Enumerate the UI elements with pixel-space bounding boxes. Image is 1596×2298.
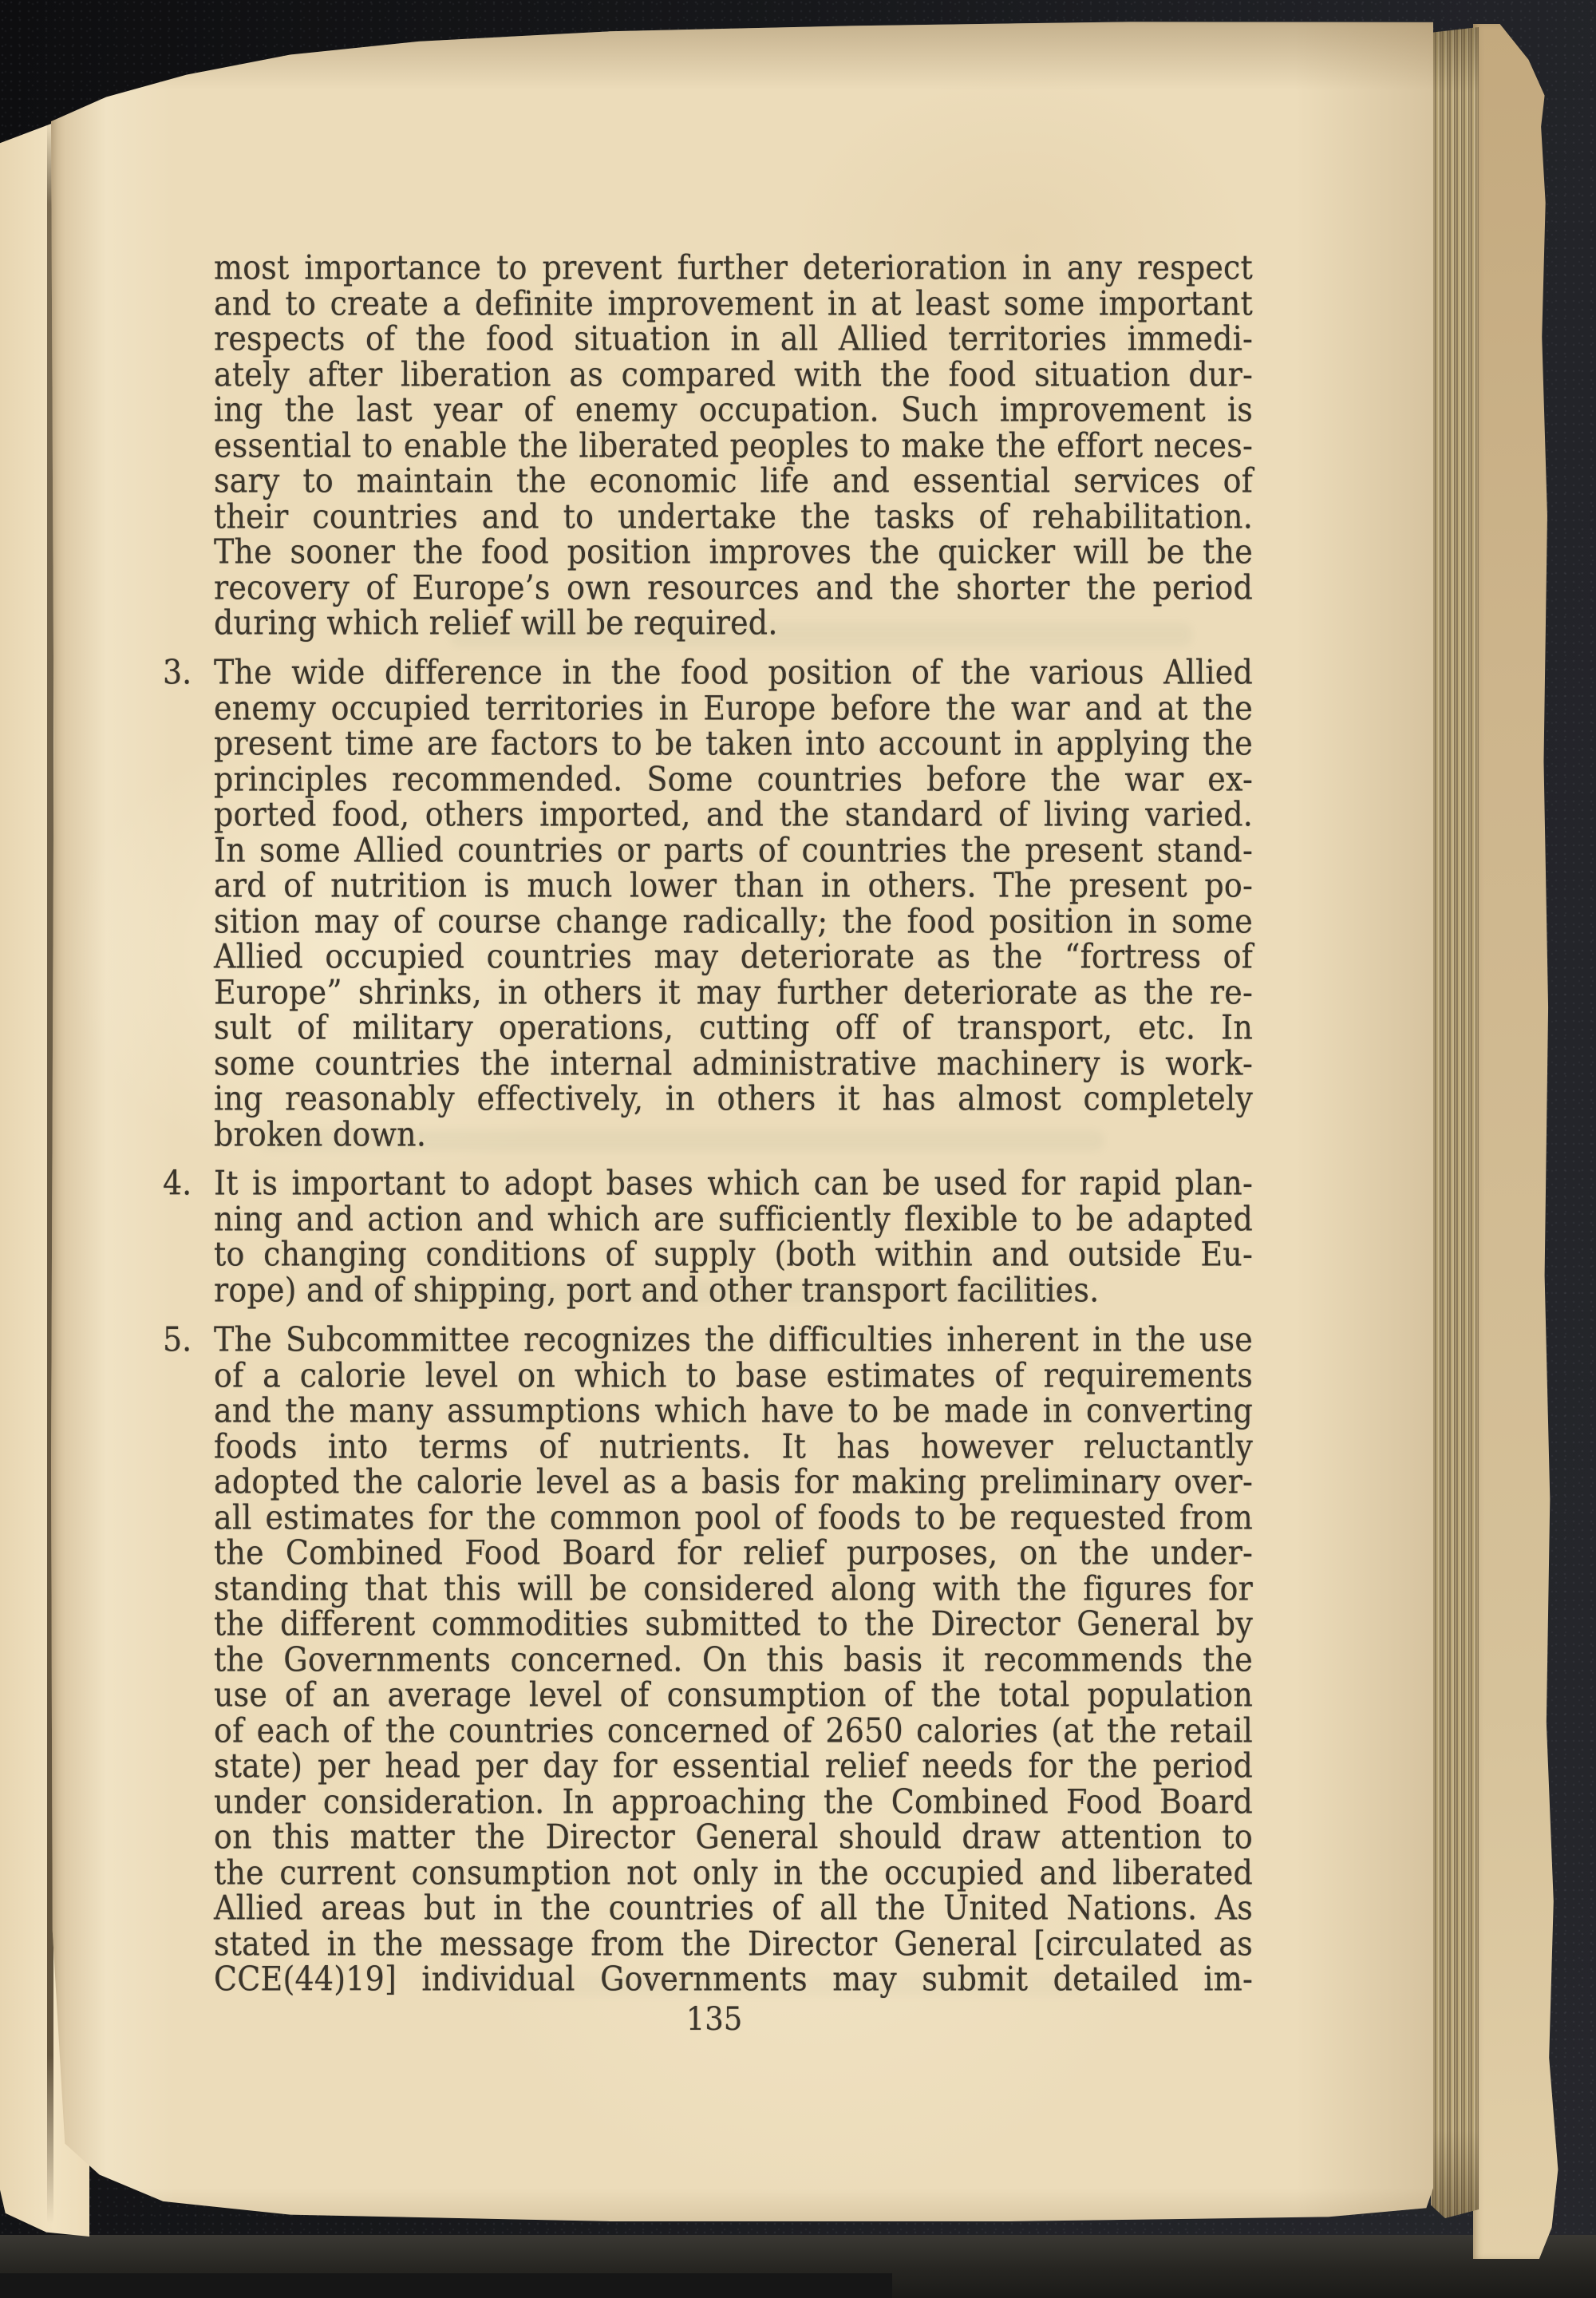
text-line: ing the last year of enemy occupation. S…: [214, 390, 1253, 429]
text-line: the Combined Food Board for relief purpo…: [214, 1533, 1253, 1572]
text-line: Allied areas but in the countries of all…: [214, 1889, 1253, 1928]
text-line: all estimates for the common pool of foo…: [214, 1498, 1253, 1537]
text-line: enemy occupied territories in Europe bef…: [214, 689, 1253, 728]
text-line: adopted the calorie level as a basis for…: [214, 1462, 1253, 1501]
text-line: broken down.: [214, 1115, 1253, 1154]
text-line: The sooner the food position improves th…: [214, 532, 1253, 572]
text-line: the Governments concerned. On this basis…: [214, 1640, 1253, 1679]
text-line: respects of the food situation in all Al…: [214, 319, 1253, 358]
paragraph: 3.The wide difference in the food positi…: [214, 653, 1253, 1150]
text-line: ported food, others imported, and the st…: [214, 795, 1253, 834]
text-line: The wide difference in the food position…: [214, 653, 1253, 692]
text-line: the current consumption not only in the …: [214, 1853, 1253, 1893]
back-cover-edge: [1473, 24, 1562, 2259]
text-line: ard of nutrition is much lower than in o…: [214, 866, 1253, 905]
text-line: ately after liberation as compared with …: [214, 355, 1253, 394]
text-line: rope) and of shipping, port and other tr…: [214, 1271, 1253, 1310]
text-line: Europe” shrinks, in others it may furthe…: [214, 973, 1253, 1012]
text-line: sary to maintain the economic life and e…: [214, 461, 1253, 500]
paragraph: 4.It is important to adopt bases which c…: [214, 1164, 1253, 1306]
text-line: The Subcommittee recognizes the difficul…: [214, 1320, 1253, 1359]
text-line: CCE(44)19] individual Governments may su…: [214, 1960, 1253, 1999]
text-line: some countries the internal administrati…: [214, 1044, 1253, 1083]
text-line: to changing conditions of supply (both w…: [214, 1235, 1253, 1274]
text-line: standing that this will be considered al…: [214, 1569, 1253, 1608]
text-line: ning and action and which are sufficient…: [214, 1200, 1253, 1239]
book-page: most importance to prevent further deter…: [51, 19, 1433, 2241]
text-line: state) per head per day for essential re…: [214, 1746, 1253, 1786]
book-photo: most importance to prevent further deter…: [0, 0, 1596, 2298]
paragraph-number: 5.: [163, 1320, 209, 1359]
text-line: use of an average level of consumption o…: [214, 1675, 1253, 1715]
paragraph-number: 3.: [163, 653, 209, 692]
page-number: 135: [195, 2000, 1234, 2039]
text-line: recovery of Europe’s own resources and t…: [214, 568, 1253, 607]
text-line: present time are factors to be taken int…: [214, 724, 1253, 763]
text-line: under consideration. In approaching the …: [214, 1782, 1253, 1821]
text-line: on this matter the Director General shou…: [214, 1817, 1253, 1857]
fore-edge-page-stack: [1431, 27, 1479, 2218]
text-line: most importance to prevent further deter…: [214, 248, 1253, 287]
text-line: sult of military operations, cutting off…: [214, 1008, 1253, 1047]
text-line: and to create a definite improvement in …: [214, 284, 1253, 323]
text-line: ing reasonably effectively, in others it…: [214, 1079, 1253, 1118]
paragraph: 5.The Subcommittee recognizes the diffic…: [214, 1320, 1253, 1995]
text-line: principles recommended. Some countries b…: [214, 760, 1253, 799]
text-line: of each of the countries concerned of 26…: [214, 1711, 1253, 1750]
bottom-shadow-step: [0, 2273, 892, 2298]
text-line: foods into terms of nutrients. It has ho…: [214, 1427, 1253, 1466]
text-line: their countries and to undertake the tas…: [214, 497, 1253, 536]
text-line: Allied occupied countries may deteriorat…: [214, 937, 1253, 976]
text-line: essential to enable the liberated people…: [214, 426, 1253, 465]
text-line: and the many assumptions which have to b…: [214, 1391, 1253, 1430]
text-line: sition may of course change radically; t…: [214, 902, 1253, 941]
text-line: It is important to adopt bases which can…: [214, 1164, 1253, 1203]
paragraph: most importance to prevent further deter…: [214, 248, 1253, 639]
text-line: the different commodities submitted to t…: [214, 1604, 1253, 1643]
text-line: stated in the message from the Director …: [214, 1924, 1253, 1964]
paragraph-number: 4.: [163, 1164, 209, 1203]
text-line: of a calorie level on which to base esti…: [214, 1356, 1253, 1395]
text-line: during which relief will be required.: [214, 603, 1253, 643]
text-line: In some Allied countries or parts of cou…: [214, 831, 1253, 870]
